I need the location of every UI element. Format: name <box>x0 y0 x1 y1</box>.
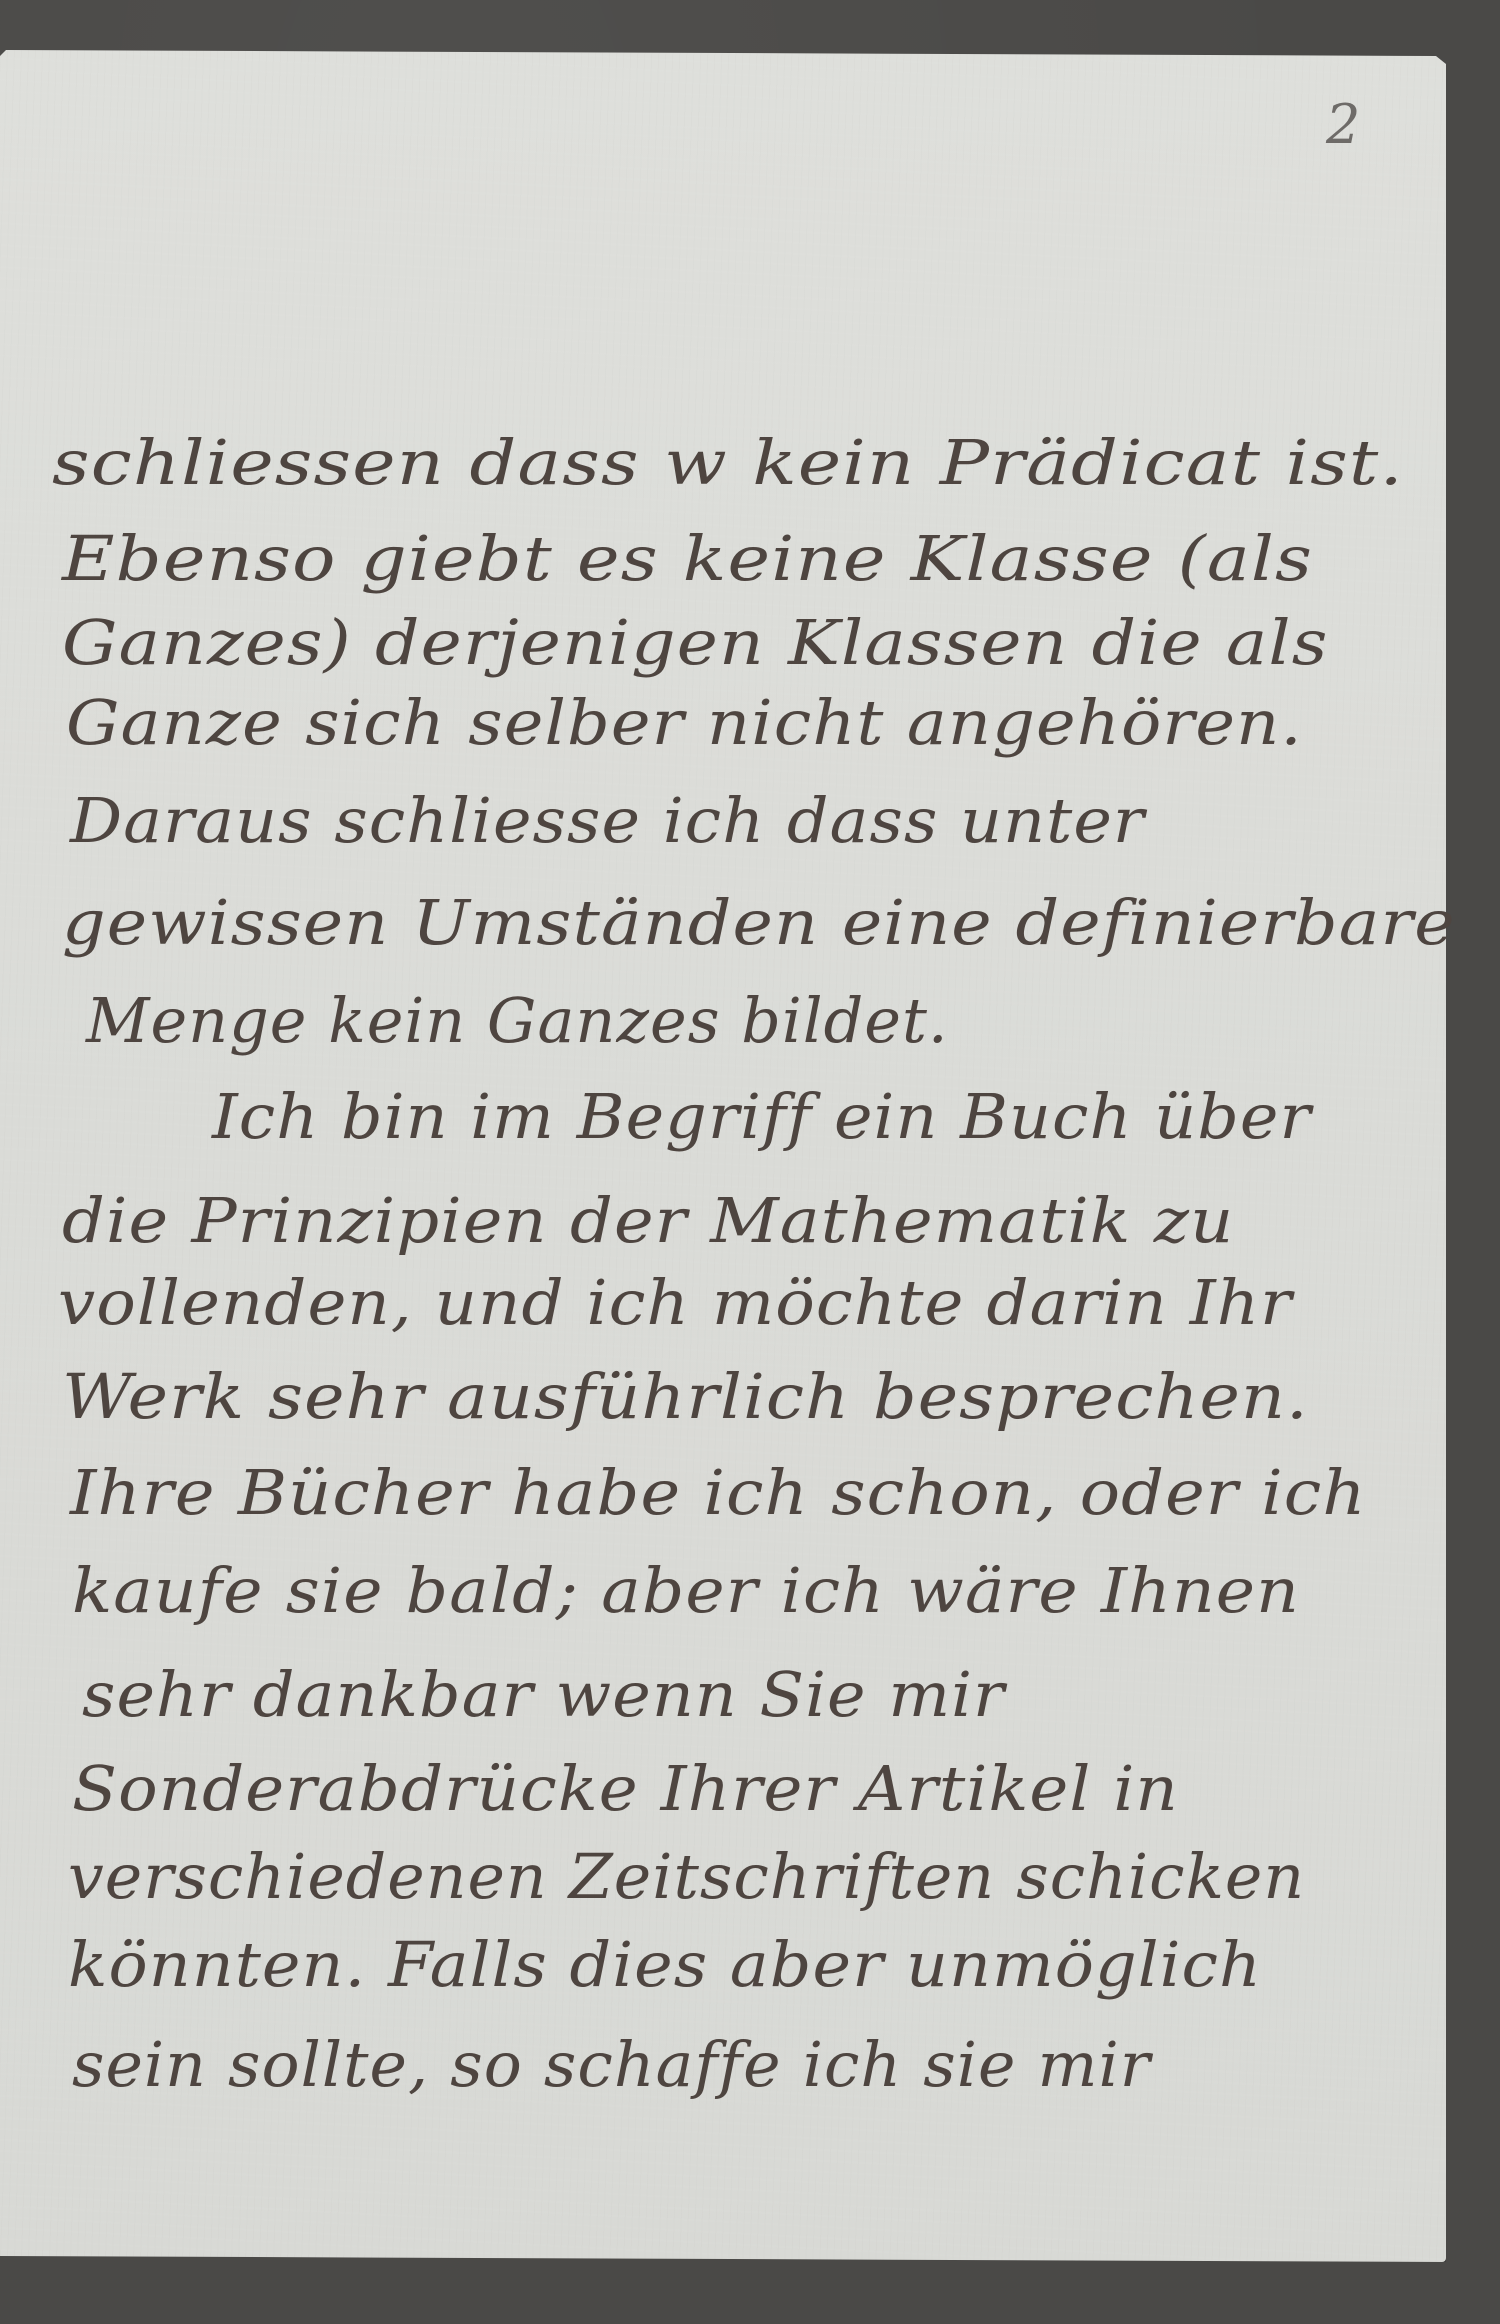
handwritten-line-2: Ebenso giebt es keine Klasse (als <box>62 528 1313 590</box>
handwritten-line-12: Ihre Bücher habe ich schon, oder ich <box>70 1462 1367 1524</box>
page-number: 2 <box>1326 98 1360 152</box>
handwritten-line-7: Menge kein Ganzes bildet. <box>86 990 949 1052</box>
handwritten-line-4: Ganze sich selber nicht angehören. <box>66 692 1303 754</box>
handwritten-line-1: schliessen dass w kein Prädicat ist. <box>52 432 1404 494</box>
handwritten-line-6: gewissen Umständen eine definierbare <box>62 892 1456 954</box>
handwritten-line-5: Daraus schliesse ich dass unter <box>70 790 1145 852</box>
handwritten-line-3: Ganzes) derjenigen Klassen die als <box>62 612 1329 674</box>
handwritten-line-10: vollenden, und ich möchte darin Ihr <box>58 1272 1293 1334</box>
handwritten-line-18: sein sollte, so schaffe ich sie mir <box>72 2034 1151 2096</box>
handwritten-line-13: kaufe sie bald; aber ich wäre Ihnen <box>72 1560 1300 1622</box>
handwritten-line-9: die Prinzipien der Mathematik zu <box>62 1190 1234 1252</box>
handwritten-line-16: verschiedenen Zeitschriften schicken <box>68 1846 1305 1908</box>
handwritten-line-15: Sonderabdrücke Ihrer Artikel in <box>72 1758 1179 1820</box>
handwritten-line-17: könnten. Falls dies aber unmöglich <box>68 1934 1262 1996</box>
handwritten-line-11: Werk sehr ausführlich besprechen. <box>62 1366 1309 1428</box>
handwritten-line-14: sehr dankbar wenn Sie mir <box>82 1664 1005 1726</box>
handwritten-line-8: Ich bin im Begriff ein Buch über <box>212 1086 1312 1148</box>
